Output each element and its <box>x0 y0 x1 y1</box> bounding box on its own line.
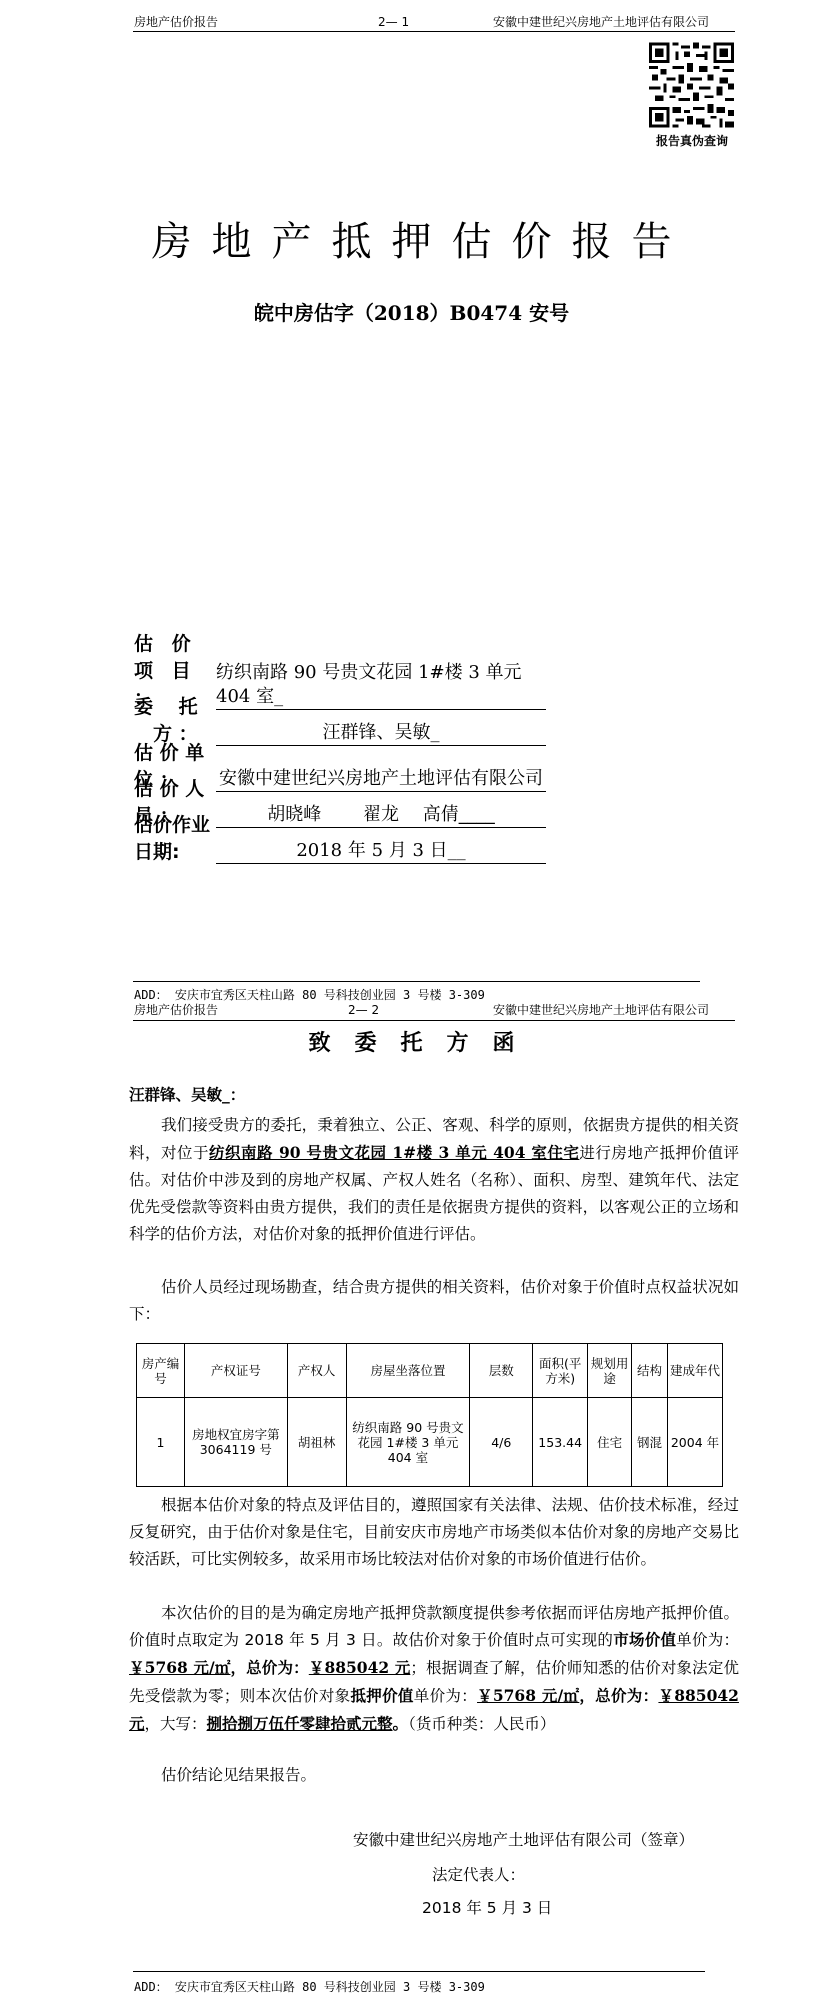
column-header: 层数 <box>470 1344 533 1398</box>
column-header: 房屋坐落位置 <box>346 1344 470 1398</box>
legal-representative: 法定代表人： <box>432 1865 525 1885</box>
paragraph-conclusion: 估价结论见结果报告。 <box>129 1762 739 1789</box>
field-work-date: 估价作业日期: 2018 年 5 月 3 日__ <box>134 834 546 864</box>
page-number: 2— 2 <box>348 1003 379 1017</box>
field-label: 估价作业日期: <box>134 810 216 864</box>
amount-in-words: 捌拾捌万伍仟零肆拾贰元整 <box>207 1715 393 1733</box>
report-title: 房地产抵押估价报告 <box>0 218 823 266</box>
cell-year-built: 2004 年 <box>668 1398 723 1487</box>
cell-use: 住宅 <box>588 1398 632 1487</box>
table-header-row: 房产编号 产权证号 产权人 房屋坐落位置 层数 面积(平方米) 规划用途 结构 … <box>137 1344 723 1398</box>
qr-label: 报告真伪查询 <box>649 132 735 149</box>
salutation: 汪群锋、吴敏_： <box>129 1082 739 1109</box>
field-value: 胡晓峰 翟龙 高倩____ <box>216 803 546 828</box>
paragraph-valuation: 本次估价的目的是为确定房地产抵押贷款额度提供参考依据而评估房地产抵押价值。价值时… <box>129 1600 739 1738</box>
field-value: 安徽中建世纪兴房地产土地评估有限公司 <box>216 767 546 792</box>
currency-note: （货币种类：人民币） <box>408 1715 555 1733</box>
running-header-left: 房地产估价报告 <box>134 15 218 29</box>
page-number: 2— 1 <box>378 15 409 29</box>
property-address-highlight: 纺织南路 90 号贵文花园 1#楼 3 单元 404 室住宅 <box>209 1143 579 1162</box>
signature-date: 2018 年 5 月 3 日 <box>422 1898 552 1918</box>
footer-rule <box>133 981 700 982</box>
column-header: 规划用途 <box>588 1344 632 1398</box>
header-rule <box>133 31 735 32</box>
paragraph-inspection: 估价人员经过现场勘查，结合贵方提供的相关资料，估价对象于价值时点权益状况如下： <box>129 1274 739 1328</box>
field-value: 2018 年 5 月 3 日__ <box>216 839 546 864</box>
field-value: 纺织南路 90 号贵文花园 1#楼 3 单元 404 室_ <box>216 661 546 710</box>
footer-address: ADD： 安庆市宜秀区天柱山路 80 号科技创业园 3 号楼 3-309 <box>134 988 485 1002</box>
cell-location: 纺织南路 90 号贵文花园 1#楼 3 单元 404 室 <box>346 1398 470 1487</box>
cell-property-no: 1 <box>137 1398 185 1487</box>
footer-address: ADD： 安庆市宜秀区天柱山路 80 号科技创业园 3 号楼 3-309 <box>134 1980 485 1994</box>
field-value: 汪群锋、吴敏_ <box>216 721 546 746</box>
market-total-price: ￥885042 元 <box>309 1658 411 1677</box>
cell-area: 153.44 <box>533 1398 588 1487</box>
paragraph-engagement: 我们接受贵方的委托，秉着独立、公正、客观、科学的原则，依据贵方提供的相关资料，对… <box>129 1112 739 1248</box>
market-value-label: 市场价值 <box>613 1631 676 1649</box>
column-header: 产权人 <box>287 1344 346 1398</box>
column-header: 结构 <box>632 1344 668 1398</box>
footer-rule <box>133 1971 705 1972</box>
running-header-left: 房地产估价报告 <box>134 1003 218 1017</box>
table-row: 1 房地权宜房字第3064119 号 胡祖林 纺织南路 90 号贵文花园 1#楼… <box>137 1398 723 1487</box>
running-header-company: 安徽中建世纪兴房地产土地评估有限公司 <box>493 1003 709 1017</box>
header-rule <box>133 1020 735 1021</box>
column-header: 产权证号 <box>184 1344 287 1398</box>
market-unit-price: ￥5768 元/㎡ <box>129 1658 230 1677</box>
mortgage-value-label: 抵押价值 <box>350 1687 413 1705</box>
column-header: 面积(平方米) <box>533 1344 588 1398</box>
mortgage-unit-price: ￥5768 元/㎡ <box>477 1686 579 1705</box>
column-header: 建成年代 <box>668 1344 723 1398</box>
property-rights-table: 房产编号 产权证号 产权人 房屋坐落位置 层数 面积(平方米) 规划用途 结构 … <box>136 1343 723 1487</box>
cell-structure: 钢混 <box>632 1398 668 1487</box>
cell-certificate-no: 房地权宜房字第3064119 号 <box>184 1398 287 1487</box>
cell-floors: 4/6 <box>470 1398 533 1487</box>
paragraph-method: 根据本估价对象的特点及评估目的，遵照国家有关法律、法规、估价技术标准，经过反复研… <box>129 1492 739 1573</box>
signature-company: 安徽中建世纪兴房地产土地评估有限公司（签章） <box>353 1830 694 1850</box>
report-number: 皖中房估字（2018）B0474 安号 <box>0 300 823 326</box>
qr-code-icon[interactable] <box>649 42 734 128</box>
column-header: 房产编号 <box>137 1344 185 1398</box>
running-header-company: 安徽中建世纪兴房地产土地评估有限公司 <box>493 15 709 29</box>
letter-title: 致委托方函 <box>0 1028 823 1058</box>
cell-owner: 胡祖林 <box>287 1398 346 1487</box>
